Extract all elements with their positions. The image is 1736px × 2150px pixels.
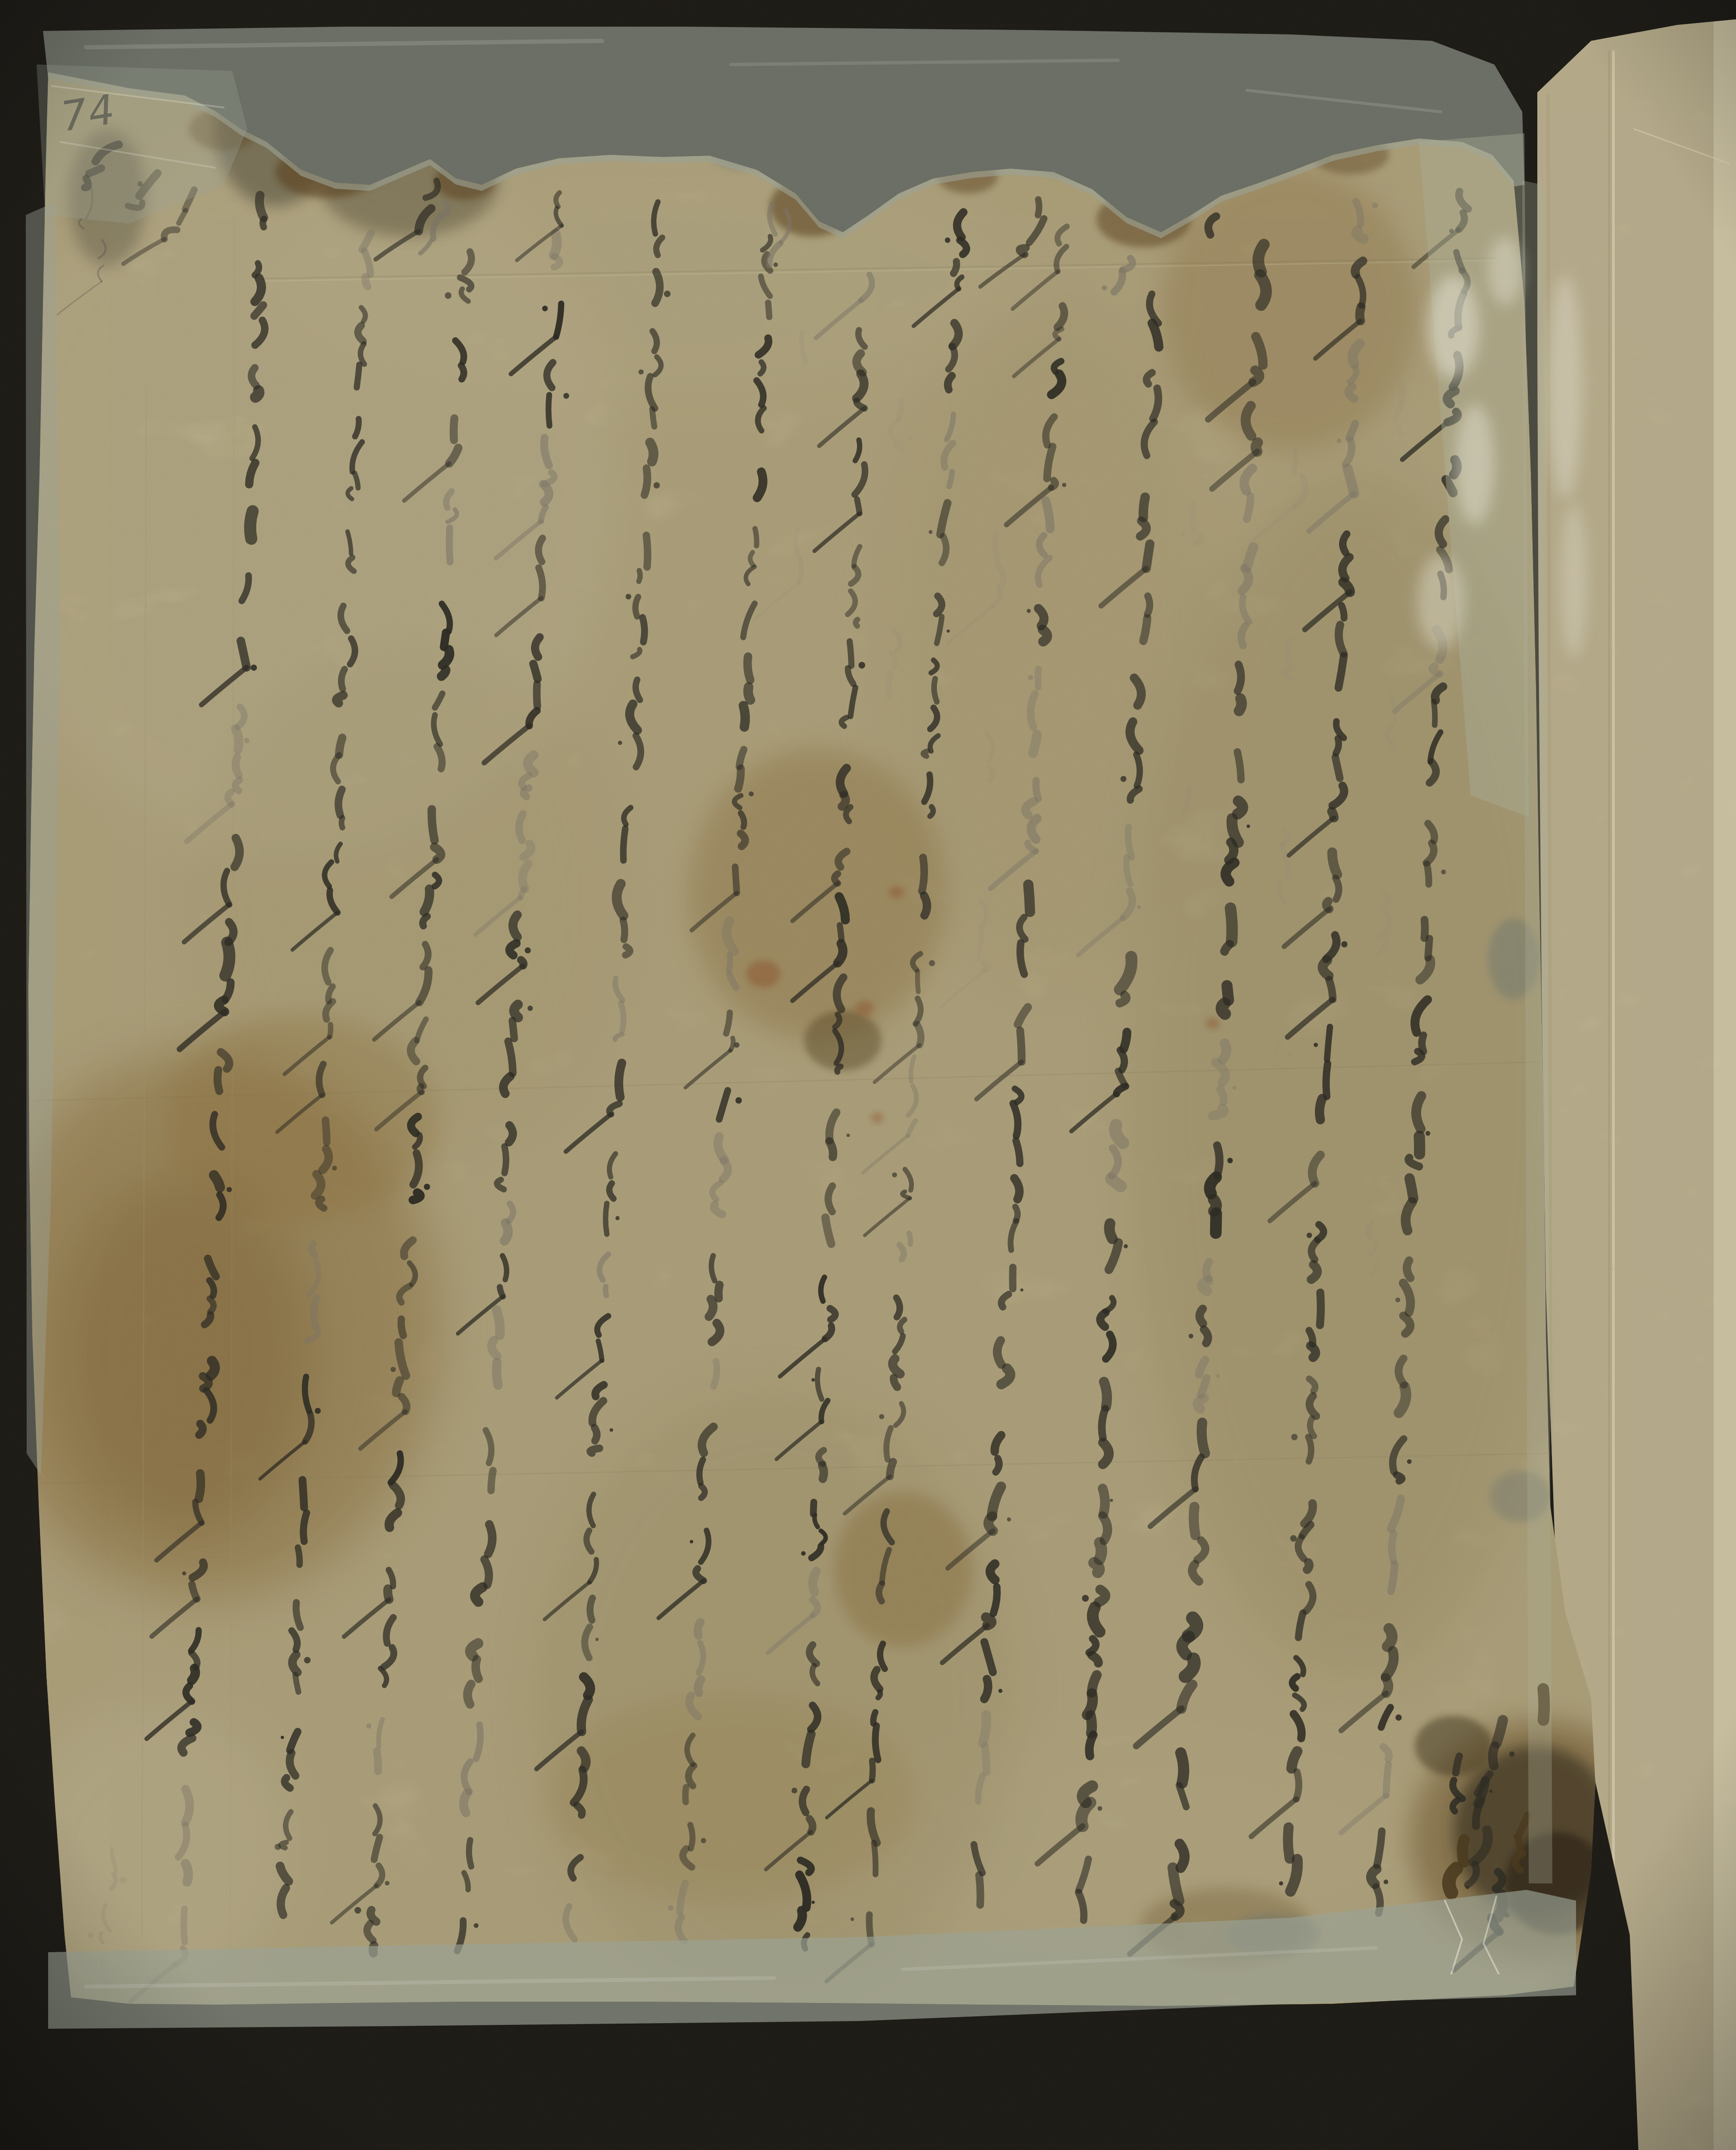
- manuscript-photo: 74: [0, 0, 1736, 2150]
- photo-vignette: [0, 0, 1736, 2150]
- manuscript-photo-canvas: 74: [0, 0, 1736, 2150]
